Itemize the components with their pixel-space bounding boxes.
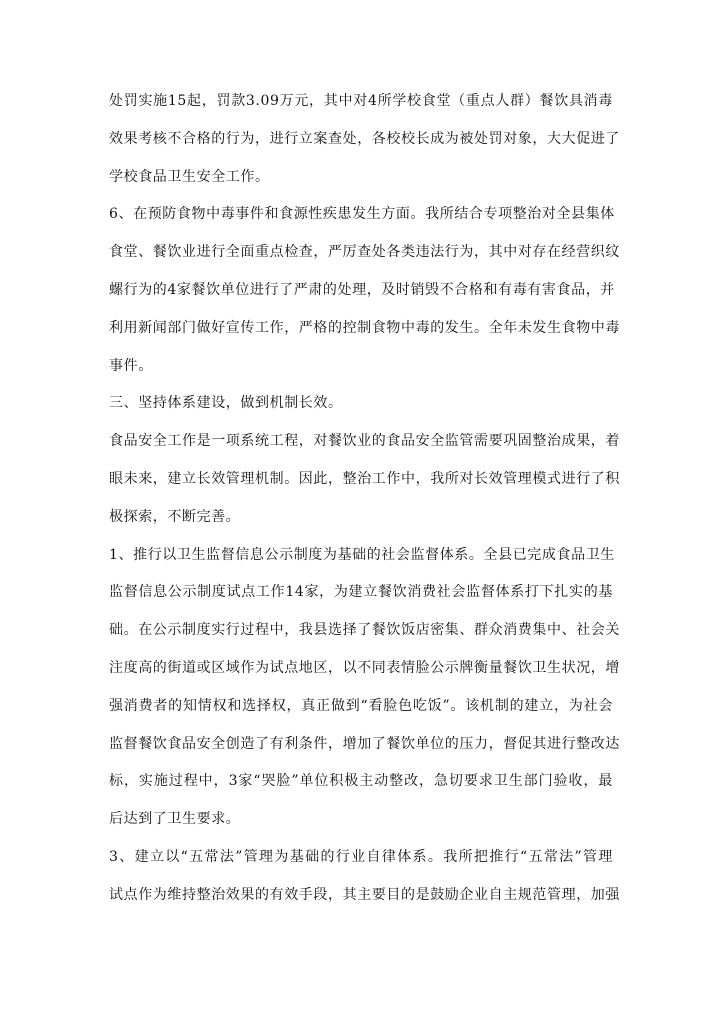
paragraph-line: 1、推行以卫生监督信息公示制度为基础的社会监督体系。全县已完成食品卫生 xyxy=(109,537,613,575)
paragraph-line: 后达到了卫生要求。 xyxy=(109,801,613,839)
section-heading: 三、坚持体系建设，做到机制长效。 xyxy=(109,385,613,423)
paragraph-line: 3、建立以“五常法”管理为基础的行业自律体系。我所把推行“五常法”管理 xyxy=(109,839,613,877)
document-page: 处罚实施15起，罚款3.09万元，其中对4所学校食堂（重点人群）餐饮具消毒 效果… xyxy=(109,83,613,915)
paragraph-line: 础。在公示制度实行过程中，我县选择了餐饮饭店密集、群众消费集中、社会关 xyxy=(109,612,613,650)
paragraph-line: 事件。 xyxy=(109,348,613,386)
paragraph-line: 极探索，不断完善。 xyxy=(109,499,613,537)
paragraph-line: 注度高的街道或区域作为试点地区，以不同表情脸公示牌衡量餐饮卫生状况，增 xyxy=(109,650,613,688)
paragraph-line: 试点作为维持整治效果的有效手段，其主要目的是鼓励企业自主规范管理，加强 xyxy=(109,877,613,915)
paragraph-line: 强消费者的知情权和选择权，真正做到“看脸色吃饭”。该机制的建立，为社会 xyxy=(109,688,613,726)
paragraph-line: 监督餐饮食品安全创造了有利条件，增加了餐饮单位的压力，督促其进行整改达 xyxy=(109,726,613,764)
paragraph-line: 效果考核不合格的行为，进行立案查处，各校校长成为被处罚对象，大大促进了 xyxy=(109,121,613,159)
paragraph-line: 处罚实施15起，罚款3.09万元，其中对4所学校食堂（重点人群）餐饮具消毒 xyxy=(109,83,613,121)
paragraph-line: 食品安全工作是一项系统工程，对餐饮业的食品安全监管需要巩固整治成果，着 xyxy=(109,423,613,461)
paragraph-line: 学校食品卫生安全工作。 xyxy=(109,159,613,197)
paragraph-line: 螺行为的4家餐饮单位进行了严肃的处理，及时销毁不合格和有毒有害食品，并 xyxy=(109,272,613,310)
paragraph-line: 食堂、餐饮业进行全面重点检查，严厉查处各类违法行为，其中对存在经营织纹 xyxy=(109,234,613,272)
paragraph-line: 监督信息公示制度试点工作14家，为建立餐饮消费社会监督体系打下扎实的基 xyxy=(109,574,613,612)
paragraph-line: 6、在预防食物中毒事件和食源性疾患发生方面。我所结合专项整治对全县集体 xyxy=(109,196,613,234)
paragraph-line: 眼未来，建立长效管理机制。因此，整治工作中，我所对长效管理模式进行了积 xyxy=(109,461,613,499)
paragraph-line: 标，实施过程中，3家“哭脸”单位积极主动整改，急切要求卫生部门验收，最 xyxy=(109,763,613,801)
paragraph-line: 利用新闻部门做好宣传工作，严格的控制食物中毒的发生。全年未发生食物中毒 xyxy=(109,310,613,348)
